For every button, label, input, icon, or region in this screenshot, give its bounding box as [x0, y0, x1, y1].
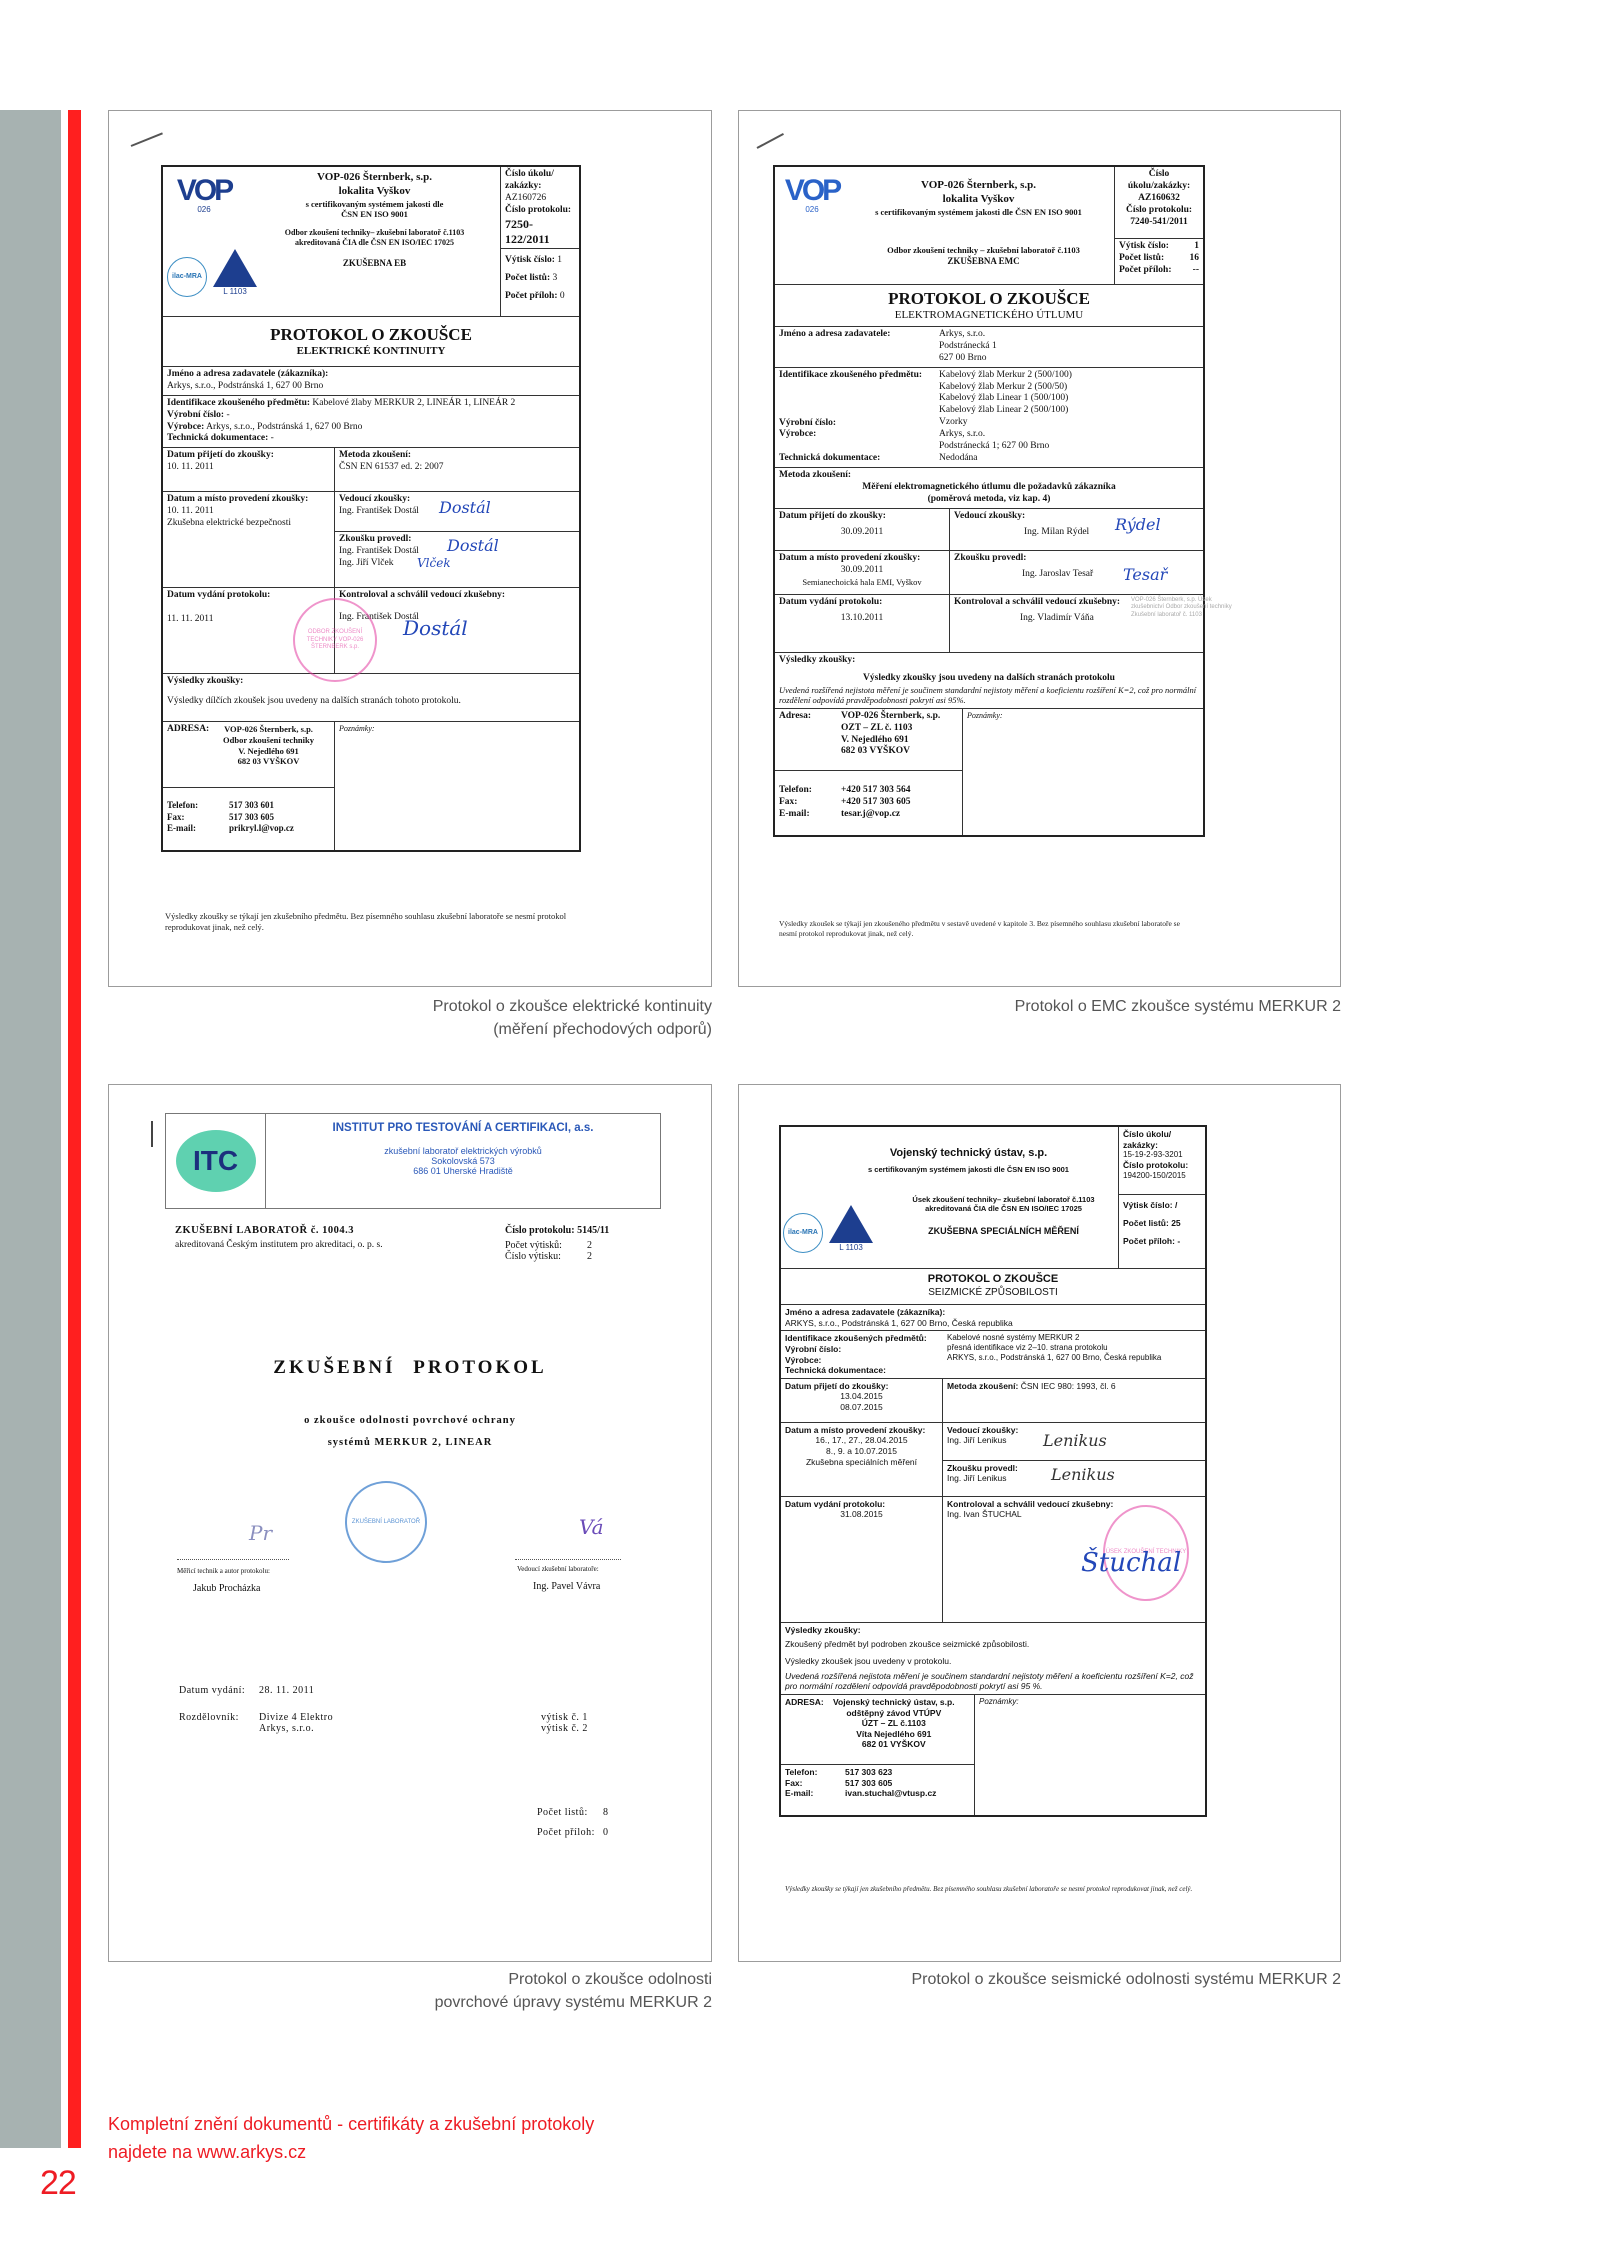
- lab-stamp: ZKUŠEBNÍ LABORATOŘ: [345, 1481, 427, 1563]
- protocol-scan-electrical-continuity: VOP 026 ilac-MRA L 1103 VOP-026 Šternber…: [108, 110, 712, 987]
- protocol-title: ZKUŠEBNÍ PROTOKOL: [109, 1357, 711, 1379]
- ilac-mra-logo: ilac-MRA: [783, 1213, 823, 1253]
- ilac-mra-logo: ilac-MRA: [167, 257, 207, 297]
- scan-mark: [131, 132, 163, 147]
- vop-logo: VOP 026: [169, 177, 239, 215]
- caption-emc: Protokol o EMC zkoušce systému MERKUR 2: [1015, 995, 1341, 1018]
- scan-mark: [151, 1121, 153, 1147]
- footer-note: Kompletní znění dokumentů - certifikáty …: [108, 2110, 594, 2166]
- website-link[interactable]: najdete na www.arkys.cz: [108, 2138, 594, 2166]
- signature: Rýdel: [1115, 515, 1161, 535]
- cia-logo: [829, 1205, 873, 1243]
- signature: Vlček: [417, 556, 451, 571]
- itc-header: ITC INSTITUT PRO TESTOVÁNÍ A CERTIFIKACI…: [165, 1113, 661, 1209]
- signature: Lenikus: [1043, 1431, 1107, 1451]
- lab-stamp: ODBOR ZKOUŠENÍ TECHNIKY VOP-026 ŠTERNBER…: [293, 598, 377, 682]
- page-number: 22: [40, 2164, 76, 2203]
- protocol-scan-surface-protection: ITC INSTITUT PRO TESTOVÁNÍ A CERTIFIKACI…: [108, 1084, 712, 1962]
- signature: Pr: [249, 1521, 272, 1545]
- signature: Tesař: [1123, 565, 1167, 585]
- signature: Štuchal: [1081, 1547, 1181, 1580]
- protocol-document: Vojenský technický ústav, s.p. s certifi…: [779, 1125, 1207, 1817]
- itc-logo: ITC: [176, 1130, 256, 1192]
- signature: Dostál: [447, 536, 499, 556]
- scan-mark: [757, 133, 784, 149]
- protocol-document: VOP 026 ilac-MRA L 1103 VOP-026 Šternber…: [161, 165, 581, 852]
- signature: Dostál: [403, 616, 468, 641]
- vop-stamp: VOP-026 Šternberk, s.p. Úsek zkušebnictv…: [1131, 597, 1241, 620]
- signature: Lenikus: [1051, 1465, 1115, 1485]
- side-red-bar: [68, 110, 81, 2148]
- protocol-scan-emc: VOP 026 VOP-026 Šternberk, s.p. lokalita…: [738, 110, 1341, 987]
- protocol-scan-seismic: Vojenský technický ústav, s.p. s certifi…: [738, 1084, 1341, 1962]
- caption-seismic: Protokol o zkoušce seismické odolnosti s…: [912, 1968, 1342, 1991]
- caption-electrical-continuity: Protokol o zkoušce elektrické kontinuity…: [433, 995, 712, 1041]
- side-gray-bar: [0, 110, 61, 2148]
- protocol-document: VOP 026 VOP-026 Šternberk, s.p. lokalita…: [773, 165, 1205, 837]
- vop-logo: VOP 026: [777, 177, 847, 215]
- signature: Dostál: [439, 498, 491, 518]
- signature: Vá: [579, 1515, 604, 1539]
- caption-surface-protection: Protokol o zkoušce odolnostipovrchové úp…: [435, 1968, 712, 2014]
